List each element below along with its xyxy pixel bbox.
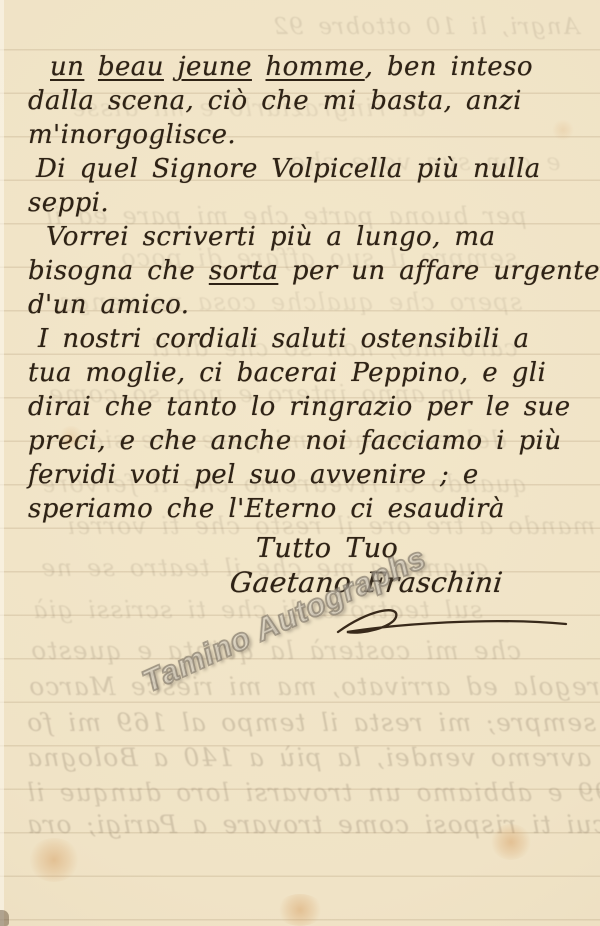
text-segment: seppi. [28,188,109,218]
foxing-stain [276,894,324,926]
letter-line: d'un amico. [28,288,576,322]
text-segment: tua moglie, ci bacerai Peppino, e gli [28,358,546,388]
letter-line: un beau jeune homme, ben inteso [28,50,576,84]
letter-line: dirai che tanto lo ringrazio per le sue [28,390,576,424]
letter-line: speriamo che l'Eterno ci esaudirà [28,492,576,526]
underlined-word: sorta [209,256,278,286]
text-segment: m'inorgoglisce. [28,120,236,150]
letter-line: seppi. [28,186,576,220]
text-segment: per un affare urgente [278,256,600,286]
foxing-stain [28,838,80,882]
text-segment [252,52,266,82]
letter-line: m'inorgoglisce. [28,118,576,152]
scan-edge-highlight [0,0,4,926]
text-segment: Vorrei scriverti più a lungo, ma [46,222,495,252]
letter-line: I nostri cordiali saluti ostensibili a [28,322,576,356]
letter-line: tua moglie, ci bacerai Peppino, e gli [28,356,576,390]
bleedthrough-line: come sempre; mi resta il tempo al 169 mi… [26,710,600,735]
letter-lines: un beau jeune homme, ben intesodalla sce… [28,50,576,526]
text-segment: speriamo che l'Eterno ci esaudirà [28,494,505,524]
letter-line: Di quel Signore Volpicella più nulla [28,152,576,186]
letter-line: preci, e che anche noi facciamo i più [28,424,576,458]
letter-line: dalla scena, ciò che mi basta, anzi [28,84,576,118]
text-segment: dirai che tanto lo ringrazio per le sue [28,392,570,422]
bleedthrough-line: il 99 e abbiamo un trovarsi loro dunque … [26,780,600,805]
closing-line: Tutto Tuo [256,532,576,566]
text-segment: dalla scena, ciò che mi basta, anzi [28,86,522,116]
text-segment [84,52,98,82]
text-segment: bisogna che [28,256,209,286]
flourish-stroke [332,604,572,646]
foxing-stain [58,426,84,448]
signature-line: Gaetano Fraschini [228,566,578,600]
letter-line: Vorrei scriverti più a lungo, ma [28,220,576,254]
underlined-word: beau [98,52,164,82]
signature-flourish [332,604,576,646]
underlined-word: un [50,52,84,82]
underlined-word: jeune [178,52,252,82]
letter-body: un beau jeune homme, ben intesodalla sce… [28,50,576,646]
underlined-word: homme [266,52,365,82]
bleedthrough-line: Angri, li 10 ottobre 92 [272,16,579,39]
text-segment: preci, e che anche noi facciamo i più [28,426,561,456]
bleedthrough-line: avremo vendei, la più a 140 a Bologna [26,745,591,770]
bleedthrough-line: sono in regola ed arrivato, ma mi riesce… [28,674,600,699]
foxing-stain [490,824,532,860]
foxing-stain [552,120,574,140]
letter-line: bisogna che sorta per un affare urgente [28,254,576,288]
text-segment: , ben inteso [365,52,533,82]
text-segment: I nostri cordiali saluti ostensibili a [38,324,529,354]
text-segment [164,52,178,82]
letter-page: Angri, li 10 ottobre 92di ringraziarlo e… [0,0,600,926]
letter-line: fervidi voti pel suo avvenire ; e [28,458,576,492]
text-segment: Di quel Signore Volpicella più nulla [36,154,541,184]
text-segment: fervidi voti pel suo avvenire ; e [28,460,479,490]
text-segment: d'un amico. [28,290,189,320]
scan-corner-artifact [0,910,9,926]
